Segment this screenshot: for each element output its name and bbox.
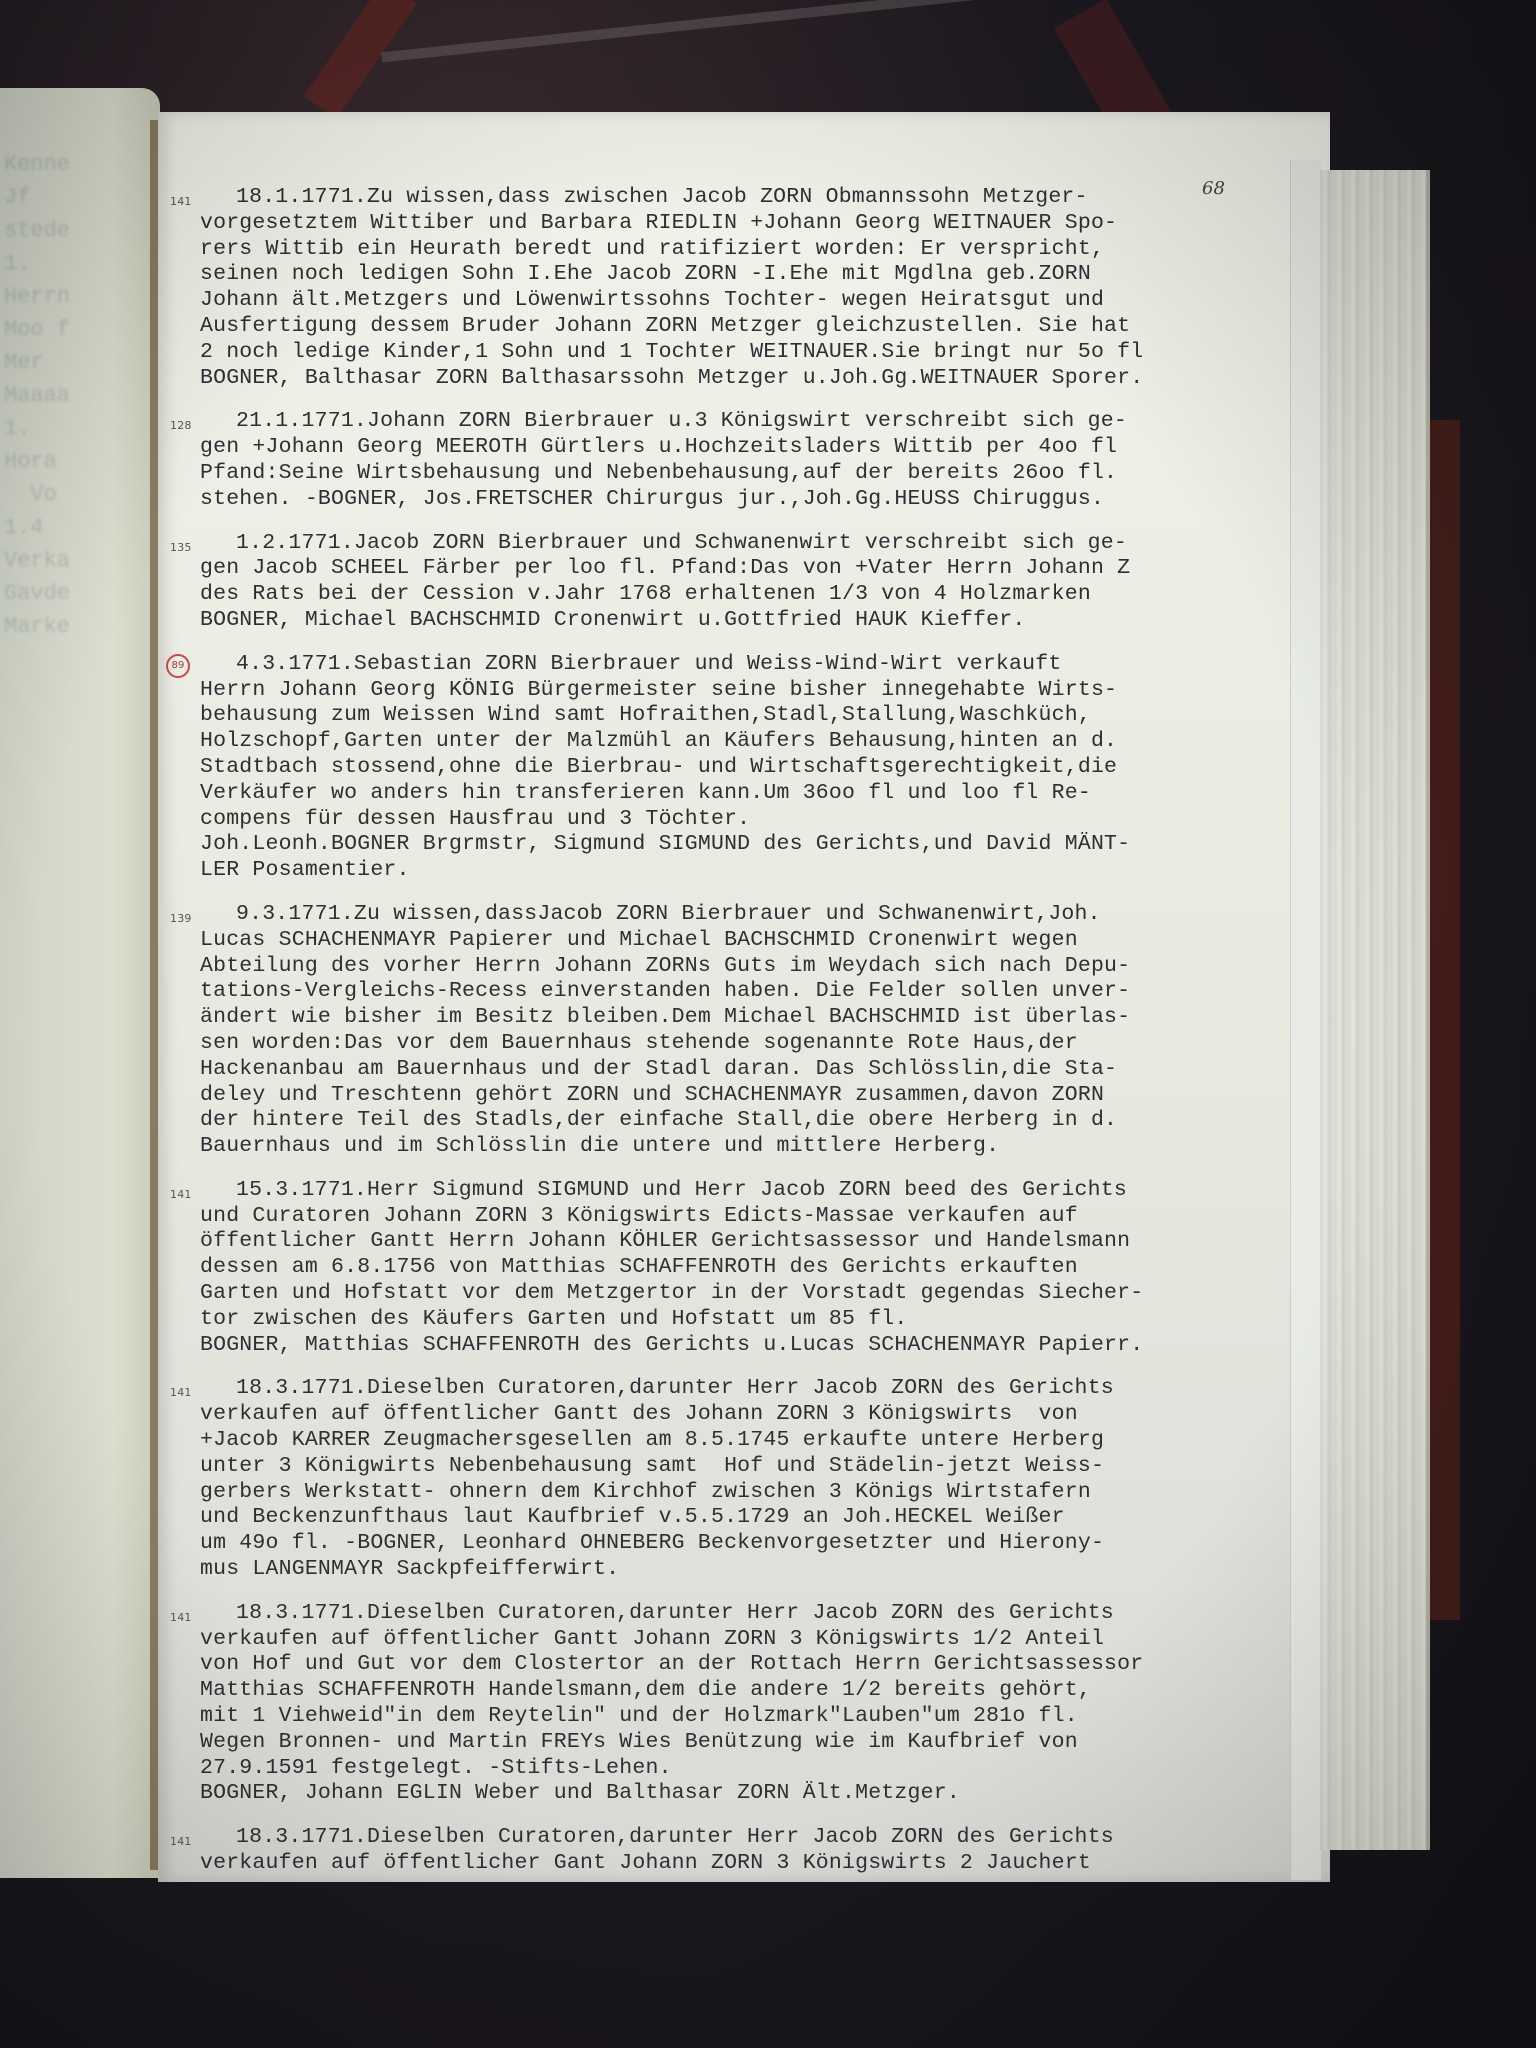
text-line: sen worden:Das vor dem Bauernhaus stehen…	[200, 1031, 1300, 1057]
margin-annotation: 141	[170, 1182, 192, 1208]
text-line: 1.2.1771.Jacob ZORN Bierbrauer und Schwa…	[200, 531, 1300, 557]
text-line: um 49o fl. -BOGNER, Leonhard OHNEBERG Be…	[200, 1531, 1300, 1557]
text-line: rers Wittib ein Heurath beredt und ratif…	[200, 237, 1300, 263]
text-line: Stadtbach stossend,ohne die Bierbrau- un…	[200, 755, 1300, 781]
text-line: Abteilung des vorher Herrn Johann ZORNs …	[200, 954, 1300, 980]
ghost-line: 1.	[4, 412, 144, 445]
text-line: behausung zum Weissen Wind samt Hofraith…	[200, 703, 1300, 729]
left-book-page: KenneJf stede1. HerrnMoo fMer Maaaa1. Ho…	[0, 88, 160, 1878]
text-line: 15.3.1771.Herr Sigmund SIGMUND und Herr …	[200, 1178, 1300, 1204]
text-line: Johann ält.Metzgers und Löwenwirtssohns …	[200, 288, 1300, 314]
text-line: und Beckenzunfthaus laut Kaufbrief v.5.5…	[200, 1505, 1300, 1531]
rug-pattern	[303, 0, 416, 119]
text-line: verkaufen auf öffentlicher Gantt des Joh…	[200, 1402, 1300, 1428]
text-line: unter 3 Königwirts Nebenbehausung samt H…	[200, 1454, 1300, 1480]
ghost-line: Maaaa	[4, 379, 144, 412]
ghost-line: Verka	[4, 544, 144, 577]
deed-entry: 1351.2.1771.Jacob ZORN Bierbrauer und Sc…	[200, 531, 1300, 634]
deed-entry: 894.3.1771.Sebastian ZORN Bierbrauer und…	[200, 652, 1300, 884]
ghost-line: Vo	[4, 478, 144, 511]
text-line: BOGNER, Matthias SCHAFFENROTH des Gerich…	[200, 1333, 1300, 1359]
text-line: 9.3.1771.Zu wissen,dassJacob ZORN Bierbr…	[200, 902, 1300, 928]
ghost-line: Mer	[4, 346, 144, 379]
deed-entry: 12821.1.1771.Johann ZORN Bierbrauer u.3 …	[200, 409, 1300, 512]
typewritten-text: 14118.1.1771.Zu wissen,dass zwischen Jac…	[200, 185, 1300, 1895]
deed-entry: 14118.3.1771.Dieselben Curatoren,darunte…	[200, 1376, 1300, 1582]
text-line: compens für dessen Hausfrau und 3 Töchte…	[200, 807, 1300, 833]
text-line: Matthias SCHAFFENROTH Handelsmann,dem di…	[200, 1678, 1300, 1704]
margin-annotation: 141	[170, 1380, 192, 1406]
ghost-line: Jf	[4, 181, 144, 214]
ghost-line: 1.	[4, 247, 144, 280]
margin-annotation: 128	[170, 413, 192, 439]
text-line: BOGNER, Balthasar ZORN Balthasarssohn Me…	[200, 366, 1300, 392]
text-line: öffentlicher Gantt Herrn Johann KÖHLER G…	[200, 1229, 1300, 1255]
margin-annotation: 139	[170, 906, 192, 932]
ghost-line: Kenne	[4, 148, 144, 181]
text-line: 18.3.1771.Dieselben Curatoren,darunter H…	[200, 1376, 1300, 1402]
text-line: 2 noch ledige Kinder,1 Sohn und 1 Tochte…	[200, 340, 1300, 366]
text-line: 27.9.1591 festgelegt. -Stifts-Lehen.	[200, 1756, 1300, 1782]
text-line: dessen am 6.8.1756 von Matthias SCHAFFEN…	[200, 1255, 1300, 1281]
deed-entry: 14118.3.1771.Dieselben Curatoren,darunte…	[200, 1601, 1300, 1807]
ghost-line: Herrn	[4, 280, 144, 313]
text-line: Hackenanbau am Bauernhaus und der Stadl …	[200, 1057, 1300, 1083]
rug-pattern	[381, 0, 999, 62]
text-line: Bauernhaus und im Schlösslin die untere …	[200, 1134, 1300, 1160]
text-line: des Rats bei der Cession v.Jahr 1768 erh…	[200, 582, 1300, 608]
text-line: 4.3.1771.Sebastian ZORN Bierbrauer und W…	[200, 652, 1300, 678]
text-line: deley und Treschtenn gehört ZORN und SCH…	[200, 1083, 1300, 1109]
book-page-stack	[1320, 170, 1430, 1850]
book-gutter	[150, 120, 158, 1870]
text-line: 18.3.1771.Dieselben Curatoren,darunter H…	[200, 1825, 1300, 1851]
margin-annotation: 141	[170, 1605, 192, 1631]
text-line: verkaufen auf öffentlicher Gant Johann Z…	[200, 1851, 1300, 1877]
text-line: 18.1.1771.Zu wissen,dass zwischen Jacob …	[200, 185, 1300, 211]
text-line: der hintere Teil des Stadls,der einfache…	[200, 1108, 1300, 1134]
left-page-faded-text: KenneJf stede1. HerrnMoo fMer Maaaa1. Ho…	[4, 148, 144, 643]
margin-annotation: 141	[170, 1829, 192, 1855]
text-line: gen Jacob SCHEEL Färber per loo fl. Pfan…	[200, 556, 1300, 582]
text-line: tor zwischen des Käufers Garten und Hofs…	[200, 1307, 1300, 1333]
text-line: mit 1 Viehweid"in dem Reytelin" und der …	[200, 1704, 1300, 1730]
text-line: Holzschopf,Garten unter der Malzmühl an …	[200, 729, 1300, 755]
ghost-line: Moo f	[4, 313, 144, 346]
text-line: tations-Vergleichs-Recess einverstanden …	[200, 979, 1300, 1005]
margin-annotation: 141	[170, 189, 192, 215]
text-line: Verkäufer wo anders hin transferieren ka…	[200, 781, 1300, 807]
text-line: BOGNER, Michael BACHSCHMID Cronenwirt u.…	[200, 608, 1300, 634]
text-line: verkaufen auf öffentlicher Gantt Johann …	[200, 1627, 1300, 1653]
deed-entry: 14118.1.1771.Zu wissen,dass zwischen Jac…	[200, 185, 1300, 391]
text-line: gerbers Werkstatt- ohnern dem Kirchhof z…	[200, 1480, 1300, 1506]
text-line: Wegen Bronnen- und Martin FREYs Wies Ben…	[200, 1730, 1300, 1756]
text-line: LER Posamentier.	[200, 858, 1300, 884]
text-line: seinen noch ledigen Sohn I.Ehe Jacob ZOR…	[200, 262, 1300, 288]
deed-entry: 14118.3.1771.Dieselben Curatoren,darunte…	[200, 1825, 1300, 1877]
text-line: Joh.Leonh.BOGNER Brgrmstr, Sigmund SIGMU…	[200, 832, 1300, 858]
text-line: von Hof und Gut vor dem Clostertor an de…	[200, 1652, 1300, 1678]
text-line: Herrn Johann Georg KÖNIG Bürgermeister s…	[200, 678, 1300, 704]
ghost-line: Gavde	[4, 577, 144, 610]
text-line: 18.3.1771.Dieselben Curatoren,darunter H…	[200, 1601, 1300, 1627]
text-line: Garten und Hofstatt vor dem Metzgertor i…	[200, 1281, 1300, 1307]
margin-annotation: 135	[170, 535, 192, 561]
text-line: Ausfertigung dessem Bruder Johann ZORN M…	[200, 314, 1300, 340]
text-line: 21.1.1771.Johann ZORN Bierbrauer u.3 Kön…	[200, 409, 1300, 435]
text-line: ändert wie bisher im Besitz bleiben.Dem …	[200, 1005, 1300, 1031]
text-line: Lucas SCHACHENMAYR Papierer und Michael …	[200, 928, 1300, 954]
ghost-line: stede	[4, 214, 144, 247]
text-line: und Curatoren Johann ZORN 3 Königswirts …	[200, 1204, 1300, 1230]
ghost-line: Hora	[4, 445, 144, 478]
ghost-line: 1.4	[4, 511, 144, 544]
text-line: stehen. -BOGNER, Jos.FRETSCHER Chirurgus…	[200, 487, 1300, 513]
text-line: Pfand:Seine Wirtsbehausung und Nebenbeha…	[200, 461, 1300, 487]
deed-entry: 1399.3.1771.Zu wissen,dassJacob ZORN Bie…	[200, 902, 1300, 1160]
deed-entry: 14115.3.1771.Herr Sigmund SIGMUND und He…	[200, 1178, 1300, 1359]
text-line: gen +Johann Georg MEEROTH Gürtlers u.Hoc…	[200, 435, 1300, 461]
text-line: vorgesetztem Wittiber und Barbara RIEDLI…	[200, 211, 1300, 237]
ghost-line: Marke	[4, 610, 144, 643]
text-line: BOGNER, Johann EGLIN Weber und Balthasar…	[200, 1781, 1300, 1807]
text-line: +Jacob KARRER Zeugmachersgesellen am 8.5…	[200, 1428, 1300, 1454]
circled-annotation: 89	[166, 654, 190, 678]
text-line: mus LANGENMAYR Sackpfeifferwirt.	[200, 1557, 1300, 1583]
